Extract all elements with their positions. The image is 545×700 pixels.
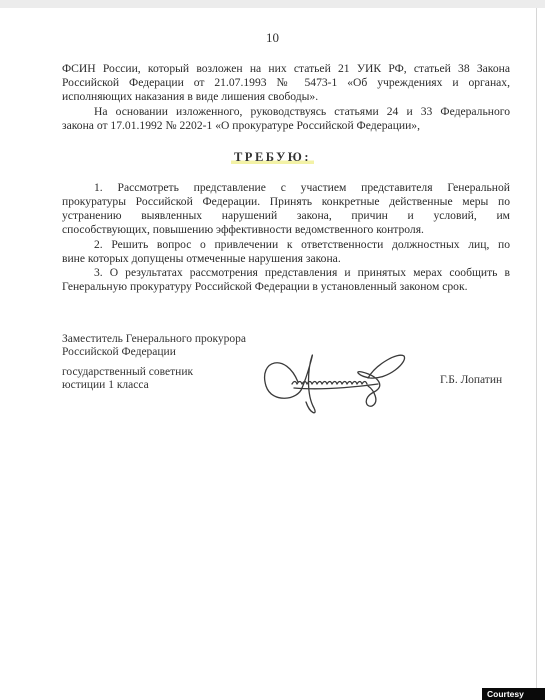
text-line: государственный советник <box>62 366 193 379</box>
basis-paragraph: На основании изложенного, руководствуясь… <box>62 105 510 133</box>
text-line: Заместитель Генерального прокурора <box>62 333 246 346</box>
text-line: Генеральную прокуратуру Российской Федер… <box>62 280 510 294</box>
intro-paragraph: ФСИН России, который возложен на них ста… <box>62 62 510 104</box>
page-number: 10 <box>0 30 545 46</box>
scan-page-edge <box>536 8 537 688</box>
signer-name: Г.Б. Лопатин <box>440 374 502 386</box>
demand-item-2: 2. Решить вопрос о привлечении к ответст… <box>62 238 510 266</box>
signer-position: Заместитель Генерального прокурора Росси… <box>62 333 246 358</box>
text-line: закона от 17.01.1992 № 2202-1 «О прокура… <box>62 119 510 133</box>
text-line: Российской Федерации <box>62 346 246 359</box>
text-line: На основании изложенного, руководствуясь… <box>62 105 510 119</box>
text-line: исполняющих наказания в виде лишения сво… <box>62 90 510 104</box>
image-credit-badge: Courtesy Image <box>482 688 545 700</box>
scan-top-border <box>0 0 545 8</box>
text-line: 2. Решить вопрос о привлечении к ответст… <box>62 238 510 252</box>
text-line: 1. Рассмотреть представление с участием … <box>62 181 510 195</box>
text-line: 3. О результатах рассмотрения представле… <box>62 266 510 280</box>
text-line: Российской Федерации от 21.07.1993 № 547… <box>62 76 510 90</box>
text-line: ФСИН России, который возложен на них ста… <box>62 62 510 76</box>
demand-item-1: 1. Рассмотреть представление с участием … <box>62 181 510 237</box>
signer-rank: государственный советник юстиции 1 класс… <box>62 366 193 391</box>
text-line: прокуратуры Российской Федерации. Принят… <box>62 195 510 209</box>
text-line: юстиции 1 класса <box>62 379 193 392</box>
demand-heading: ТРЕБУЮ: <box>0 150 545 165</box>
highlighted-heading-text: ТРЕБУЮ: <box>231 150 314 165</box>
text-line: вине которых допущены отмеченные нарушен… <box>62 252 510 266</box>
text-line: способствующих, повышению эффективности … <box>62 223 510 237</box>
demand-item-3: 3. О результатах рассмотрения представле… <box>62 266 510 294</box>
handwritten-signature-icon <box>258 342 408 420</box>
text-line: устранению выявленных нарушений закона, … <box>62 209 510 223</box>
